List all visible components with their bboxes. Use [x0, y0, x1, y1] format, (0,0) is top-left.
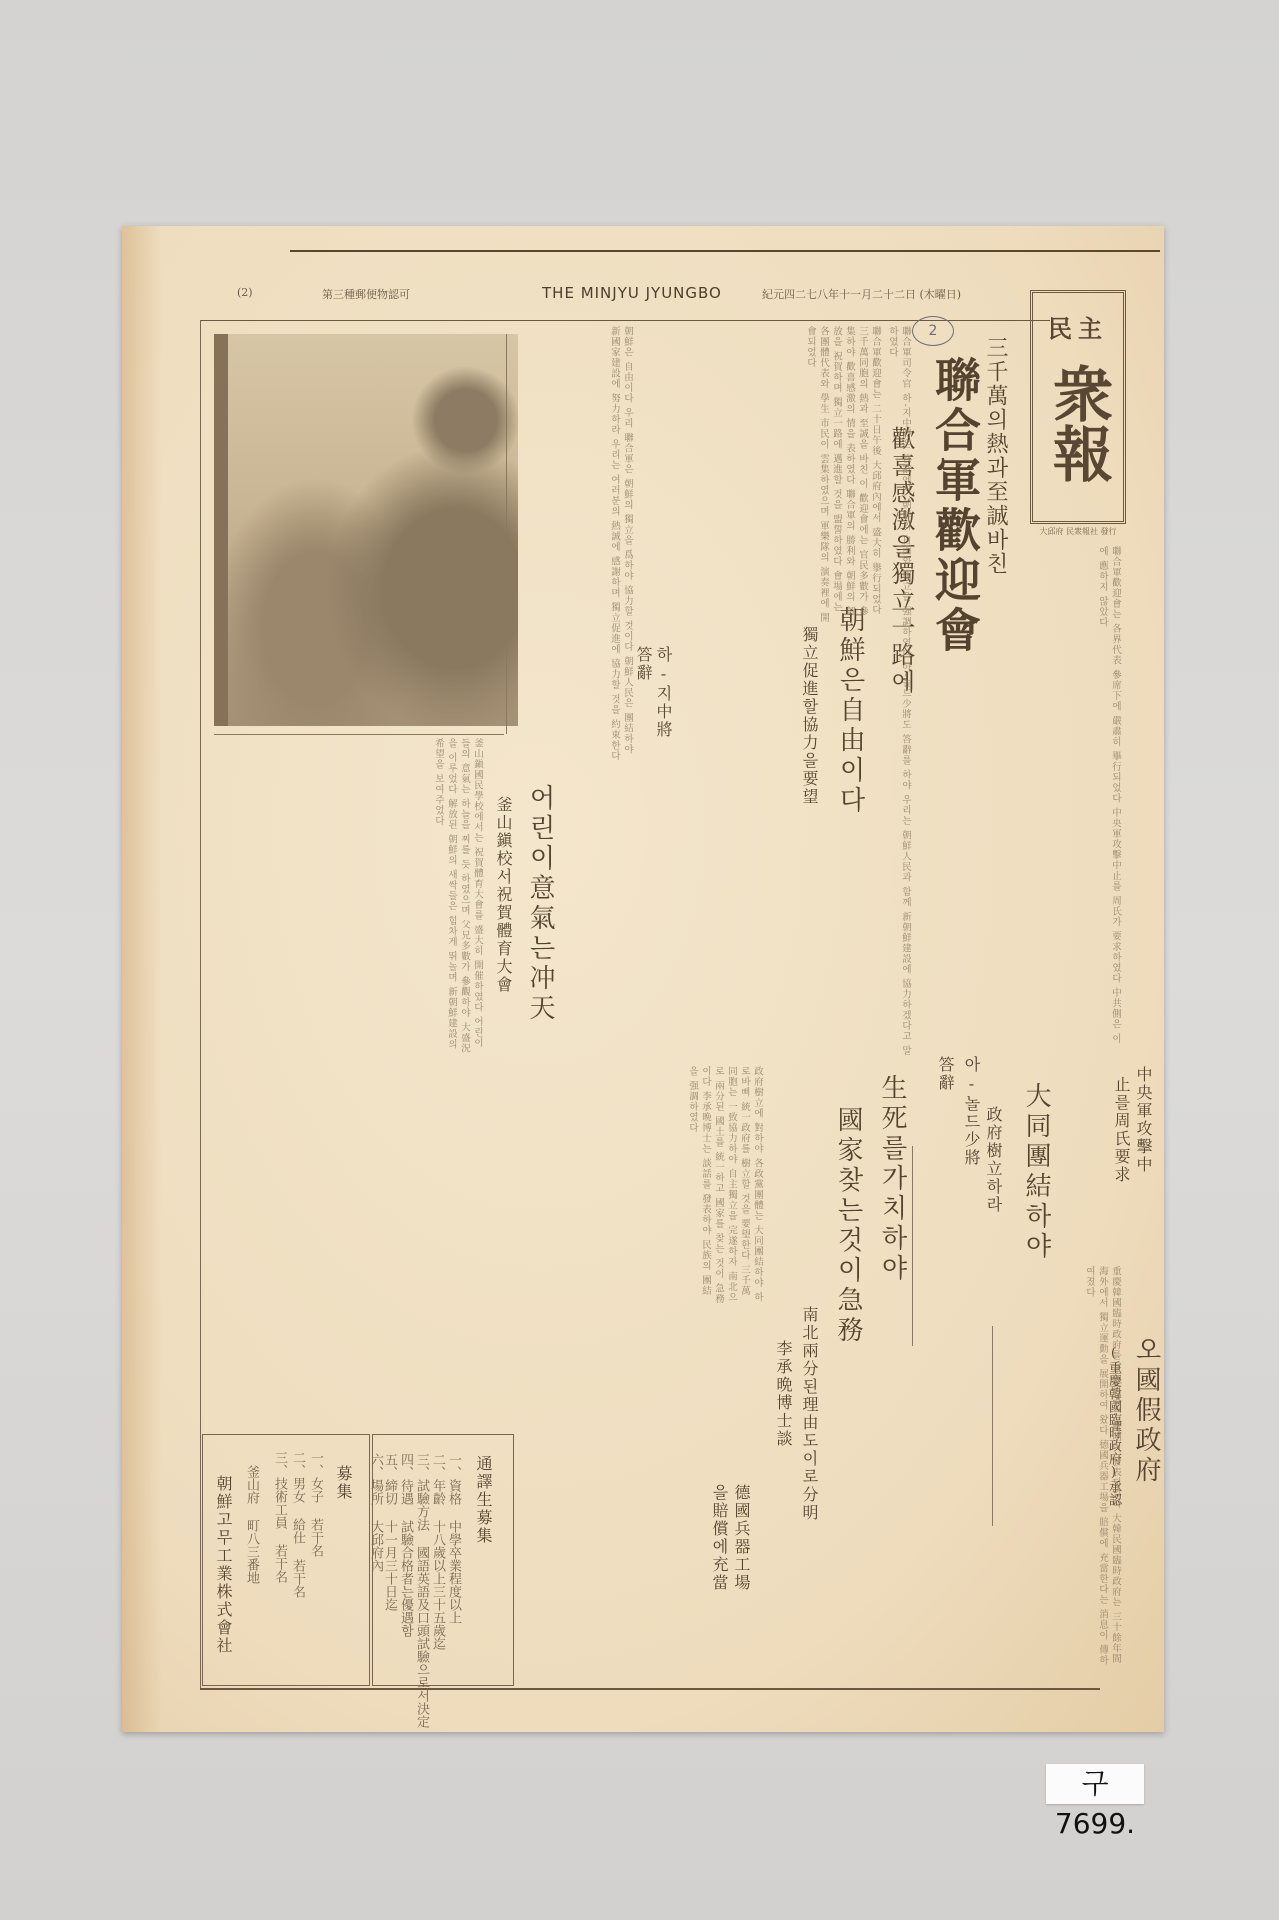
german-factory-subheadline: 을賠償에充當 [708, 1484, 731, 1592]
newspaper-page: (2) 第三種郵便物認可 THE MINJYU JYUNGBO 紀元四二七八年十… [122, 226, 1164, 1732]
children-subheadline: 釜山鎭校서祝賀體育大會 [492, 796, 515, 994]
recruit-ad-title: 募集 [332, 1465, 355, 1501]
left-border [200, 320, 201, 1690]
column-divider [506, 334, 507, 734]
hodge-reply-headline: 하-지中將 [652, 646, 675, 739]
bottom-rule [200, 1688, 1100, 1690]
central-army-subheadline: 止를周氏要求 [1110, 1076, 1133, 1184]
children-headline: 어린이意氣는冲天 [522, 784, 559, 1024]
company-address: 釜山府 町八三番地 [242, 1465, 261, 1584]
article-body-middle: 政府樹立에 對하야 各政黨團體는 大同團結하야 하로바삐 統一政府를 樹立할 것… [214, 1066, 764, 1306]
recruit-ad-item: 三、技術工員 若干名 [270, 1451, 289, 1583]
top-rule [290, 250, 1160, 252]
nameplate-big: 衆報 [1042, 348, 1114, 498]
article-body-lower-right: 重慶韓國臨時政府를 承認하라는 聲明이 發表되었다 大韓民國臨時政府는 三十餘年… [822, 1266, 1122, 1666]
date-line: 紀元四二七八年十一月二十二日 (木曜日) [762, 286, 961, 302]
recruit-ad-item: 二、男女 給仕 若干名 [288, 1451, 307, 1598]
column-divider [912, 1146, 913, 1346]
life-death-headline: 生死를가치하야 [874, 1074, 911, 1284]
english-title: THE MINJYU JYUNGBO [542, 284, 722, 302]
unity-headline: 大同團結하야 [1018, 1082, 1055, 1262]
rhee-talk-headline: 李承晩博士談 [772, 1340, 795, 1448]
lead-headline: 聯合軍歡迎會 [922, 356, 988, 656]
recruit-ad-box: 募集 一、女子 若干名 二、男女 給仕 若干名 三、技術工員 若干名 釜山府 町… [202, 1434, 370, 1686]
nameplate-small: 民主 [1033, 309, 1123, 344]
article-body-hodge: 朝鮮은 自由이다 우리 聯合軍은 朝鮮의 獨立을 爲하야 協力할 것이다 朝鮮人… [514, 326, 634, 766]
central-army-headline: 中央軍攻擊中 [1132, 1066, 1155, 1174]
article-body-far-right: 聯合軍歡迎會는 各界代表 參席下에 嚴肅히 擧行되었다 中央軍攻擊中止를 周氏가… [1002, 546, 1122, 1046]
arnold-reply-headline: 아-놀드少將 [960, 1056, 983, 1167]
trainee-ad-title: 通譯生募集 [472, 1455, 495, 1545]
publisher-info: 大邱府 民衆報社 發行 [1026, 526, 1130, 538]
column-divider [992, 1326, 993, 1526]
postal-license: 第三種郵便物認可 [322, 286, 410, 302]
news-photo [214, 334, 518, 726]
nameplate: 民主 衆報 [1030, 290, 1126, 524]
recruit-ad-item: 一、女子 若干名 [306, 1451, 325, 1557]
paper-stain [122, 226, 162, 1732]
german-factory-headline: 德國兵器工場 [730, 1484, 753, 1592]
unity-subheadline: 政府樹立하라 [982, 1106, 1005, 1214]
arnold-reply-label: 答辭 [934, 1056, 957, 1092]
trainee-ad-box: 通譯生募集 一、資格 中學卒業程度以上 二、年齡 十八歲以上三十五歲迄 三、試驗… [372, 1434, 514, 1686]
section-divider [214, 734, 504, 735]
catalog-tag: 구7699. [1046, 1764, 1144, 1804]
handwritten-page-number: 2 [912, 316, 954, 346]
north-south-headline: 南北兩分된理由도이로分明 [798, 1306, 821, 1522]
provisional-gov-headline: 오國假政府 [1128, 1336, 1165, 1486]
article-body-children: 釜山鎭國民學校에서는 祝賀體育大會를 盛大히 開催하였다 어린이들의 意氣는 하… [214, 738, 484, 1058]
page-marker: (2) [237, 286, 253, 299]
article-body-right: 聯合軍司令官 하-지中將은 答辭에서 朝鮮의 自由와 獨立을 强調하였다 아-놀… [782, 326, 912, 1066]
company-name: 朝鮮고무工業株式會社 [212, 1475, 235, 1655]
hodge-reply-label: 答辭 [632, 646, 655, 682]
